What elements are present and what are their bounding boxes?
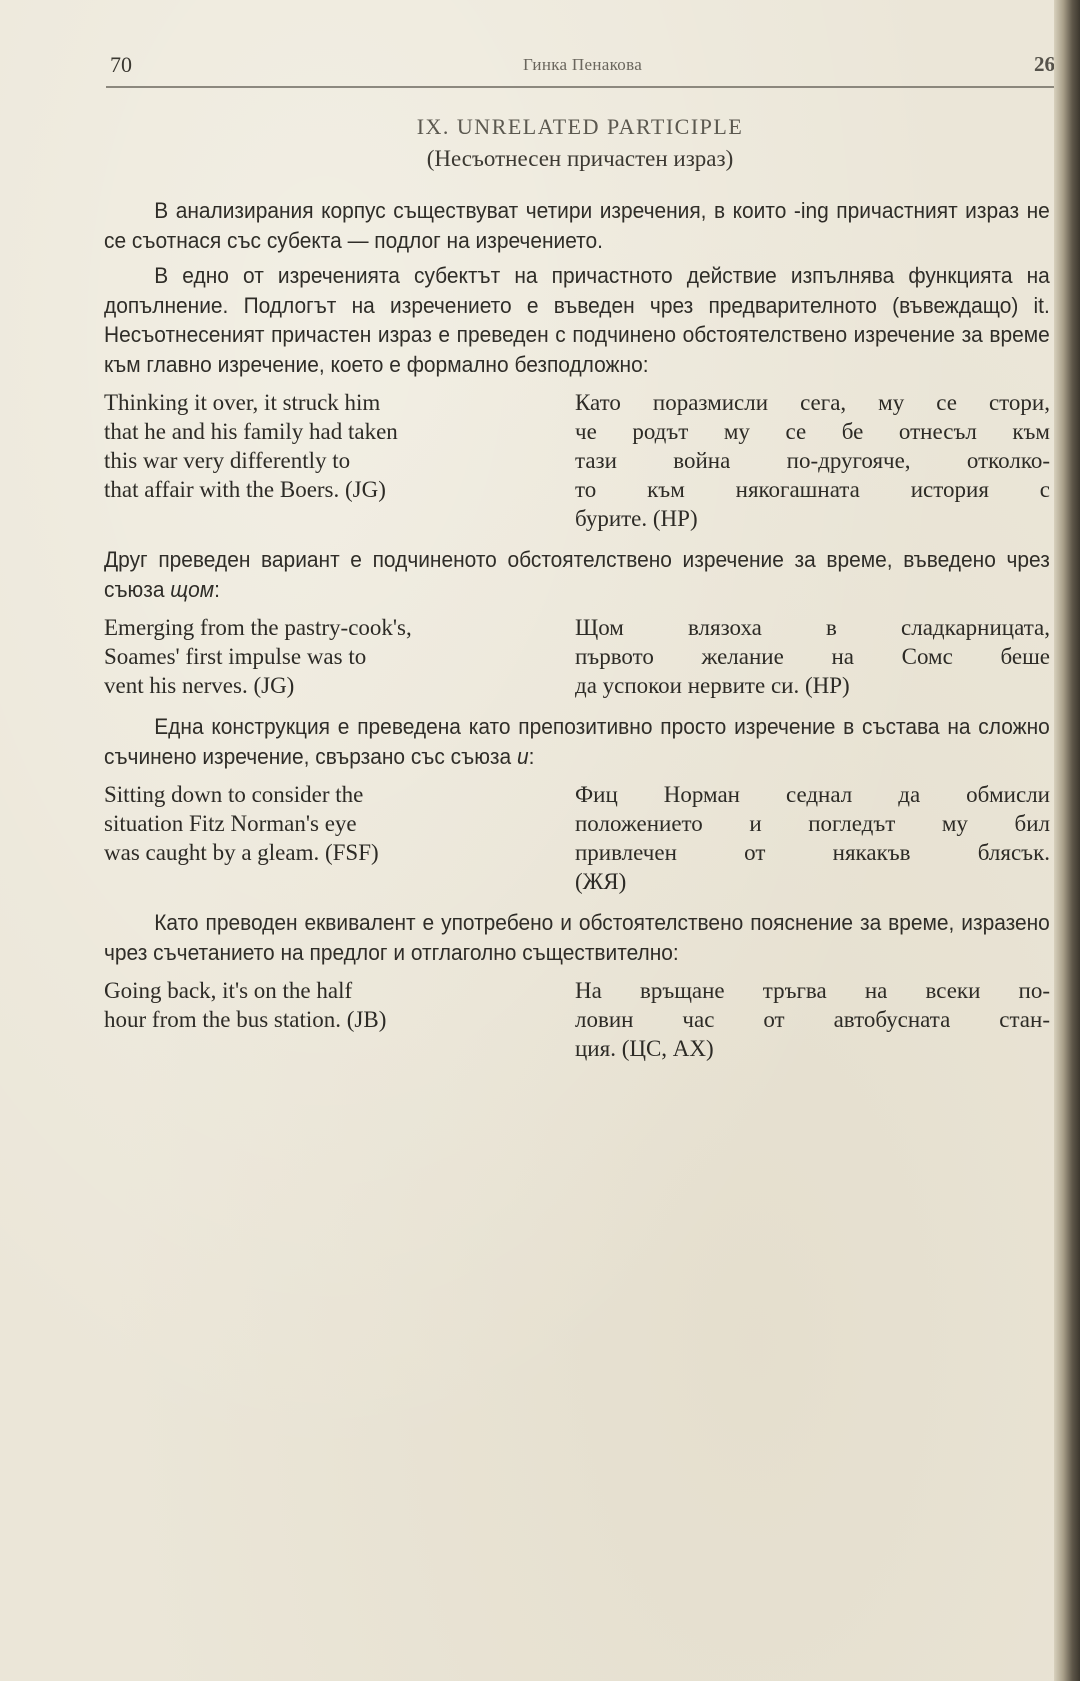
paragraph-3: Друг преведен вариант е подчиненото обст… (104, 545, 1050, 604)
example-line: Щом влязоха в сладкарницата, (575, 613, 1050, 642)
example-line: че родът му се бе отнесъл към (575, 417, 1050, 446)
paragraph-5: Като преводен еквивалент е употребено и … (104, 908, 1050, 967)
example-3-english: Sitting down to consider the situation F… (104, 780, 534, 896)
example-line: (ЖЯ) (575, 867, 1050, 896)
example-2-bulgarian: Щом влязоха в сладкарницата, първото жел… (575, 613, 1050, 700)
example-line: ция. (ЦС, АХ) (575, 1034, 1050, 1063)
example-line: то към някогашната история с (575, 475, 1050, 504)
running-head: 70 Гинка Пенакова 26 (110, 52, 1055, 82)
book-page: 70 Гинка Пенакова 26 IX. UNRELATED PARTI… (0, 0, 1080, 1681)
example-line: да успокои нервите си. (НР) (575, 671, 1050, 700)
section-title: IX. UNRELATED PARTICIPLE (100, 112, 1060, 142)
example-line: ловин час от автобусната стан- (575, 1005, 1050, 1034)
example-1: Thinking it over, it struck him that he … (104, 388, 1050, 533)
example-line: Going back, it's on the half (104, 976, 534, 1005)
paragraph-3-text: Друг преведен вариант е подчиненото обст… (104, 547, 1050, 602)
example-1-english: Thinking it over, it struck him that he … (104, 388, 534, 533)
paragraph-4-end: : (529, 744, 535, 769)
example-line: Sitting down to consider the (104, 780, 534, 809)
example-line: that he and his family had taken (104, 417, 534, 446)
example-line: Фиц Норман седнал да обмисли (575, 780, 1050, 809)
example-3-bulgarian: Фиц Норман седнал да обмисли положението… (575, 780, 1050, 896)
example-2: Emerging from the pastry-cook's, Soames'… (104, 613, 1050, 700)
example-line: първото желание на Сомс беше (575, 642, 1050, 671)
page-body: В анализирания корпус съществуват четири… (104, 196, 1050, 1075)
example-line: На връщане тръгва на всеки по- (575, 976, 1050, 1005)
example-1-bulgarian: Като поразмисли сега, му се стори, че ро… (575, 388, 1050, 533)
conjunction-shtom: щом (170, 577, 214, 602)
example-line: vent his nerves. (JG) (104, 671, 534, 700)
example-line: тази война по-другояче, отколко- (575, 446, 1050, 475)
paragraph-2: В едно от изреченията субектът на причас… (104, 261, 1050, 379)
example-line: Thinking it over, it struck him (104, 388, 534, 417)
example-4-english: Going back, it's on the half hour from t… (104, 976, 534, 1063)
example-line: привлечен от някакъв блясък. (575, 838, 1050, 867)
section-heading: IX. UNRELATED PARTICIPLE (Несъотнесен пр… (100, 112, 1060, 176)
section-subtitle: (Несъотнесен причастен израз) (100, 142, 1060, 176)
example-line: hour from the bus station. (JB) (104, 1005, 534, 1034)
conjunction-i: и (517, 744, 529, 769)
example-line: бурите. (НР) (575, 504, 1050, 533)
example-line: Soames' first impulse was to (104, 642, 534, 671)
example-line: this war very differently to (104, 446, 534, 475)
example-line: положението и погледът му бил (575, 809, 1050, 838)
example-line: Като поразмисли сега, му се стори, (575, 388, 1050, 417)
example-3: Sitting down to consider the situation F… (104, 780, 1050, 896)
example-line: situation Fitz Norman's eye (104, 809, 534, 838)
example-line: that affair with the Boers. (JG) (104, 475, 534, 504)
example-2-english: Emerging from the pastry-cook's, Soames'… (104, 613, 534, 700)
book-spine-shadow (1054, 0, 1080, 1681)
paragraph-4-text: Една конструкция е преведена като препоз… (104, 714, 1050, 769)
example-line: Emerging from the pastry-cook's, (104, 613, 534, 642)
example-4: Going back, it's on the half hour from t… (104, 976, 1050, 1063)
running-author: Гинка Пенакова (110, 55, 1055, 75)
paragraph-1: В анализирания корпус съществуват четири… (104, 196, 1050, 255)
paragraph-4: Една конструкция е преведена като препоз… (104, 712, 1050, 771)
header-rule (106, 86, 1056, 88)
example-line: was caught by a gleam. (FSF) (104, 838, 534, 867)
example-4-bulgarian: На връщане тръгва на всеки по- ловин час… (575, 976, 1050, 1063)
paragraph-3-end: : (214, 577, 220, 602)
page-number-right: 26 (1034, 52, 1055, 77)
